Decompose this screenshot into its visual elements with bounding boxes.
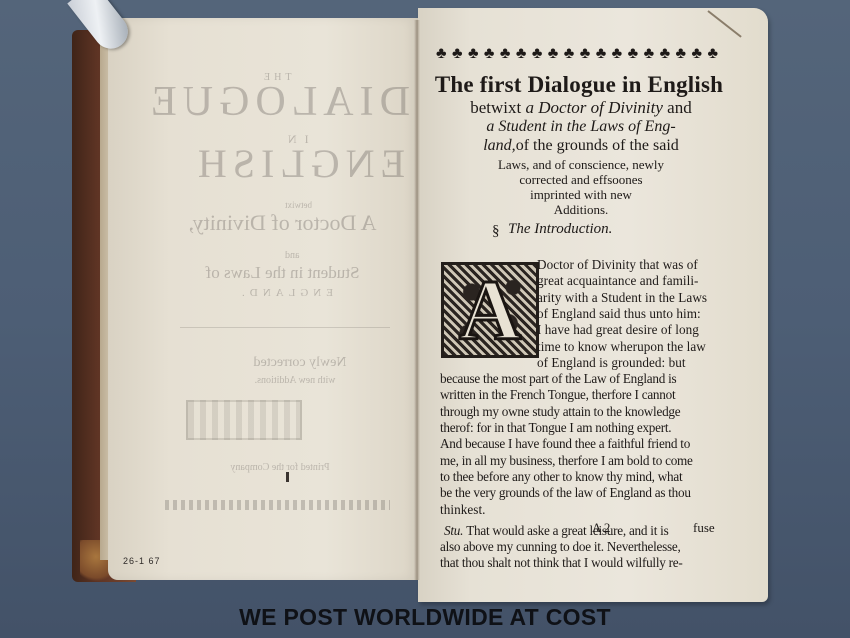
showthrough-england: ENGLAND. xyxy=(210,287,360,299)
fleuron-icon: ♣ xyxy=(580,46,591,62)
title-line-7: imprinted with new xyxy=(436,187,726,203)
showthrough-and: and xyxy=(285,250,299,261)
intro-heading: The Introduction. xyxy=(508,221,612,238)
shelfmark-label: 26-1 67 xyxy=(123,556,161,566)
fleuron-icon: ♣ xyxy=(660,46,671,62)
drop-cap-letter: A xyxy=(459,267,521,353)
body-line: of England is grounded: but xyxy=(537,355,686,371)
title-line-8: Additions. xyxy=(436,202,726,218)
body-line: written in the French Tongue, therfore I… xyxy=(440,387,675,403)
body-line: great acquaintance and famili- xyxy=(537,273,699,289)
fleuron-icon: ♣ xyxy=(532,46,543,62)
section-mark-icon: § xyxy=(492,223,500,240)
fleuron-icon: ♣ xyxy=(500,46,511,62)
title-line-2: betwixt a Doctor of Divinity and xyxy=(436,98,726,118)
body-line: of England said thus unto him: xyxy=(537,306,701,322)
showthrough-rule xyxy=(180,327,390,328)
body-line: be the very grounds of the law of Englan… xyxy=(440,485,691,501)
fleuron-icon: ♣ xyxy=(612,46,623,62)
fleuron-icon: ♣ xyxy=(692,46,703,62)
showthrough-ornament-border xyxy=(165,500,390,510)
showthrough-printers-device xyxy=(186,400,302,440)
body-line: Doctor of Divinity that was of xyxy=(537,257,698,273)
showthrough-dialogue: DIALOGUE xyxy=(180,78,410,126)
fleuron-icon: ♣ xyxy=(628,46,639,62)
showthrough-betwixt: betwixt xyxy=(285,200,312,210)
showthrough-newly: Newly corrected xyxy=(200,355,400,371)
title-line-1: The first Dialogue in English xyxy=(430,72,728,98)
photo-scene: THE DIALOGUE IN ENGLISH betwixt A Doctor… xyxy=(0,0,850,638)
body-line: therof: for in that Tongue I am nothing … xyxy=(440,420,671,436)
title-line-5: Laws, and of conscience, newly xyxy=(436,157,726,173)
fleuron-icon: ♣ xyxy=(676,46,687,62)
decorated-drop-cap: A xyxy=(441,262,539,358)
body-line: thinkest. xyxy=(440,502,486,518)
book-gutter xyxy=(414,20,420,580)
speaker-label: Stu. xyxy=(444,523,466,538)
body-line: me, in all my business, therfore I am bo… xyxy=(440,453,693,469)
reply-line: Stu. That would aske a great leisure, an… xyxy=(444,523,668,539)
body-line: because the most part of the Law of Engl… xyxy=(440,371,676,387)
fleuron-icon: ♣ xyxy=(596,46,607,62)
catchword: fuse xyxy=(693,520,715,536)
fleuron-icon: ♣ xyxy=(707,46,718,62)
showthrough-english: ENGLISH xyxy=(195,140,405,187)
fleuron-icon: ♣ xyxy=(484,46,495,62)
fleuron-icon: ♣ xyxy=(516,46,527,62)
fleuron-icon: ♣ xyxy=(564,46,575,62)
body-line: through my owne study attain to the know… xyxy=(440,404,680,420)
body-line: arity with a Student in the Laws xyxy=(537,290,707,306)
title-line-3: a Student in the Laws of Eng- xyxy=(436,118,726,136)
showthrough-doctor: A Doctor of Divinity, xyxy=(160,210,405,236)
caption-banner: WE POST WORLDWIDE AT COST xyxy=(0,604,850,631)
reply-line: that thou shalt not think that I would w… xyxy=(440,555,683,571)
signature-mark: A 2 xyxy=(592,520,610,536)
body-line: time to know wherupon the law xyxy=(537,339,706,355)
title-word-betwixt: betwixt xyxy=(470,98,525,117)
showthrough-student: Student in the Laws of xyxy=(160,263,405,283)
fleuron-icon: ♣ xyxy=(644,46,655,62)
body-line: And because I have found thee a faithful… xyxy=(440,436,690,452)
showthrough-with: with new Additions. xyxy=(215,375,375,386)
title-and: and xyxy=(663,98,692,117)
title-land: land, xyxy=(483,137,515,154)
showthrough-printer: Printed for the Company xyxy=(180,462,380,473)
fleuron-icon: ♣ xyxy=(436,46,447,62)
ink-mark xyxy=(286,472,289,482)
title-line-6: corrected and effsoones xyxy=(436,172,726,188)
body-line: to thee before any other to know thy min… xyxy=(440,469,682,485)
body-line: I have had great desire of long xyxy=(537,322,699,338)
reply-line: also above my cunning to doe it. Neverth… xyxy=(440,539,681,555)
ornament-border-row: ♣♣♣♣♣♣♣♣♣♣♣♣♣♣♣♣♣♣ xyxy=(436,42,718,66)
title-grounds: of the grounds of the said xyxy=(516,137,679,154)
fleuron-icon: ♣ xyxy=(548,46,559,62)
title-line-4: land,of the grounds of the said xyxy=(436,137,726,155)
fleuron-icon: ♣ xyxy=(452,46,463,62)
title-doctor: a Doctor of Divinity xyxy=(526,98,663,117)
fleuron-icon: ♣ xyxy=(468,46,479,62)
